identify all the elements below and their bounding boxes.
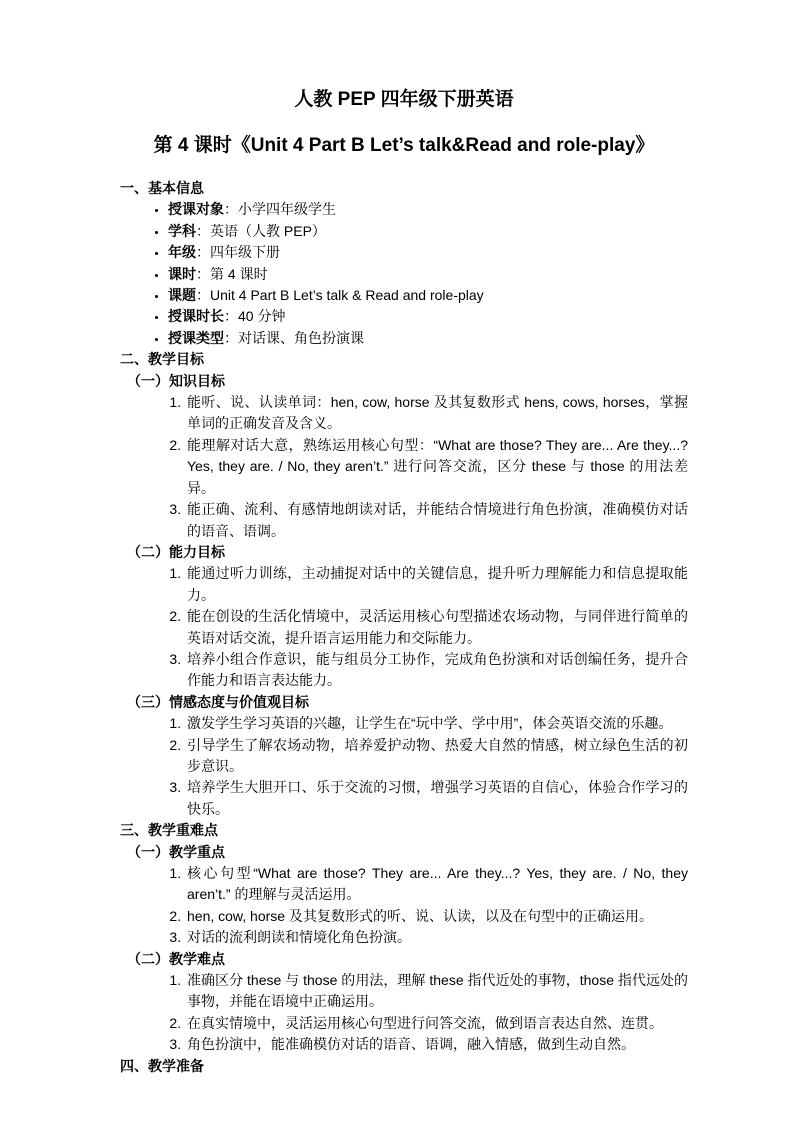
teaching-difficulty-list: 准确区分 these 与 those 的用法，理解 these 指代近处的事物，… — [120, 970, 688, 1056]
subsection-heading-focus: （一）教学重点 — [120, 842, 688, 863]
objective-item: 能在创设的生活化情境中，灵活运用核心句型描述农场动物，与同伴进行简单的英语对话交… — [185, 606, 688, 649]
info-value: 英语（人教 PEP） — [210, 223, 326, 239]
section-heading-key-points: 三、教学重难点 — [120, 820, 688, 841]
info-label: 学科 — [168, 223, 196, 239]
info-value: 小学四年级学生 — [238, 201, 336, 217]
info-value: 40 分钟 — [238, 308, 285, 324]
subsection-heading-difficulty: （二）教学难点 — [120, 949, 688, 970]
info-separator: ： — [196, 287, 210, 303]
key-point-item: 核心句型“What are those? They are... Are the… — [185, 863, 688, 906]
subsection-heading-ability: （二）能力目标 — [120, 542, 688, 563]
doc-subtitle: 第 4 课时《Unit 4 Part B Let’s talk&Read and… — [120, 134, 688, 158]
key-point-item: 对话的流利朗读和情境化角色扮演。 — [185, 927, 688, 948]
section-heading-preparation: 四、教学准备 — [120, 1056, 688, 1077]
difficulty-item: 准确区分 these 与 those 的用法，理解 these 指代近处的事物，… — [185, 970, 688, 1013]
knowledge-objectives-list: 能听、说、认读单词：hen, cow, horse 及其复数形式 hens, c… — [120, 392, 688, 542]
basic-info-list: 授课对象：小学四年级学生 学科：英语（人教 PEP） 年级：四年级下册 课时：第… — [120, 199, 688, 349]
info-separator: ： — [196, 223, 210, 239]
info-label: 年级 — [168, 244, 196, 260]
info-separator: ： — [224, 330, 238, 346]
teaching-focus-list: 核心句型“What are those? They are... Are the… — [120, 863, 688, 949]
objective-item: 激发学生学习英语的兴趣，让学生在“玩中学、学中用”，体会英语交流的乐趣。 — [185, 713, 688, 734]
info-item: 授课对象：小学四年级学生 — [168, 199, 688, 220]
subsection-heading-emotion: （三）情感态度与价值观目标 — [120, 692, 688, 713]
info-value: 四年级下册 — [210, 244, 280, 260]
doc-title: 人教 PEP 四年级下册英语 — [120, 88, 688, 112]
info-item: 学科：英语（人教 PEP） — [168, 221, 688, 242]
info-item: 年级：四年级下册 — [168, 242, 688, 263]
info-label: 课题 — [168, 287, 196, 303]
info-item: 课题：Unit 4 Part B Let’s talk & Read and r… — [168, 285, 688, 306]
info-value: 对话课、角色扮演课 — [238, 330, 364, 346]
info-item: 课时：第 4 课时 — [168, 264, 688, 285]
info-label: 授课对象 — [168, 201, 224, 217]
objective-item: 能通过听力训练，主动捕捉对话中的关键信息，提升听力理解能力和信息提取能力。 — [185, 563, 688, 606]
info-label: 授课时长 — [168, 308, 224, 324]
difficulty-item: 角色扮演中，能准确模仿对话的语音、语调，融入情感，做到生动自然。 — [185, 1034, 688, 1055]
difficulty-item: 在真实情境中，灵活运用核心句型进行问答交流，做到语言表达自然、连贯。 — [185, 1013, 688, 1034]
objective-item: 培养小组合作意识，能与组员分工协作，完成角色扮演和对话创编任务，提升合作能力和语… — [185, 649, 688, 692]
info-item: 授课类型：对话课、角色扮演课 — [168, 328, 688, 349]
objective-item: 引导学生了解农场动物，培养爱护动物、热爱大自然的情感，树立绿色生活的初步意识。 — [185, 735, 688, 778]
info-value: Unit 4 Part B Let’s talk & Read and role… — [210, 287, 484, 303]
info-label: 课时 — [168, 266, 196, 282]
subsection-heading-knowledge: （一）知识目标 — [120, 371, 688, 392]
objective-item: 能听、说、认读单词：hen, cow, horse 及其复数形式 hens, c… — [185, 392, 688, 435]
objective-item: 能正确、流利、有感情地朗读对话，并能结合情境进行角色扮演，准确模仿对话的语音、语… — [185, 499, 688, 542]
info-value: 第 4 课时 — [210, 266, 268, 282]
emotion-objectives-list: 激发学生学习英语的兴趣，让学生在“玩中学、学中用”，体会英语交流的乐趣。 引导学… — [120, 713, 688, 820]
info-separator: ： — [224, 308, 238, 324]
key-point-item: hen, cow, horse 及其复数形式的听、说、认读，以及在句型中的正确运… — [185, 906, 688, 927]
objective-item: 能理解对话大意，熟练运用核心句型：“What are those? They a… — [185, 435, 688, 499]
section-heading-basic-info: 一、基本信息 — [120, 178, 688, 199]
ability-objectives-list: 能通过听力训练，主动捕捉对话中的关键信息，提升听力理解能力和信息提取能力。 能在… — [120, 563, 688, 691]
info-separator: ： — [196, 244, 210, 260]
document-page: 人教 PEP 四年级下册英语 第 4 课时《Unit 4 Part B Let’… — [0, 0, 794, 1123]
info-separator: ： — [224, 201, 238, 217]
objective-item: 培养学生大胆开口、乐于交流的习惯，增强学习英语的自信心，体验合作学习的快乐。 — [185, 777, 688, 820]
info-separator: ： — [196, 266, 210, 282]
info-item: 授课时长：40 分钟 — [168, 306, 688, 327]
info-label: 授课类型 — [168, 330, 224, 346]
section-heading-objectives: 二、教学目标 — [120, 349, 688, 370]
